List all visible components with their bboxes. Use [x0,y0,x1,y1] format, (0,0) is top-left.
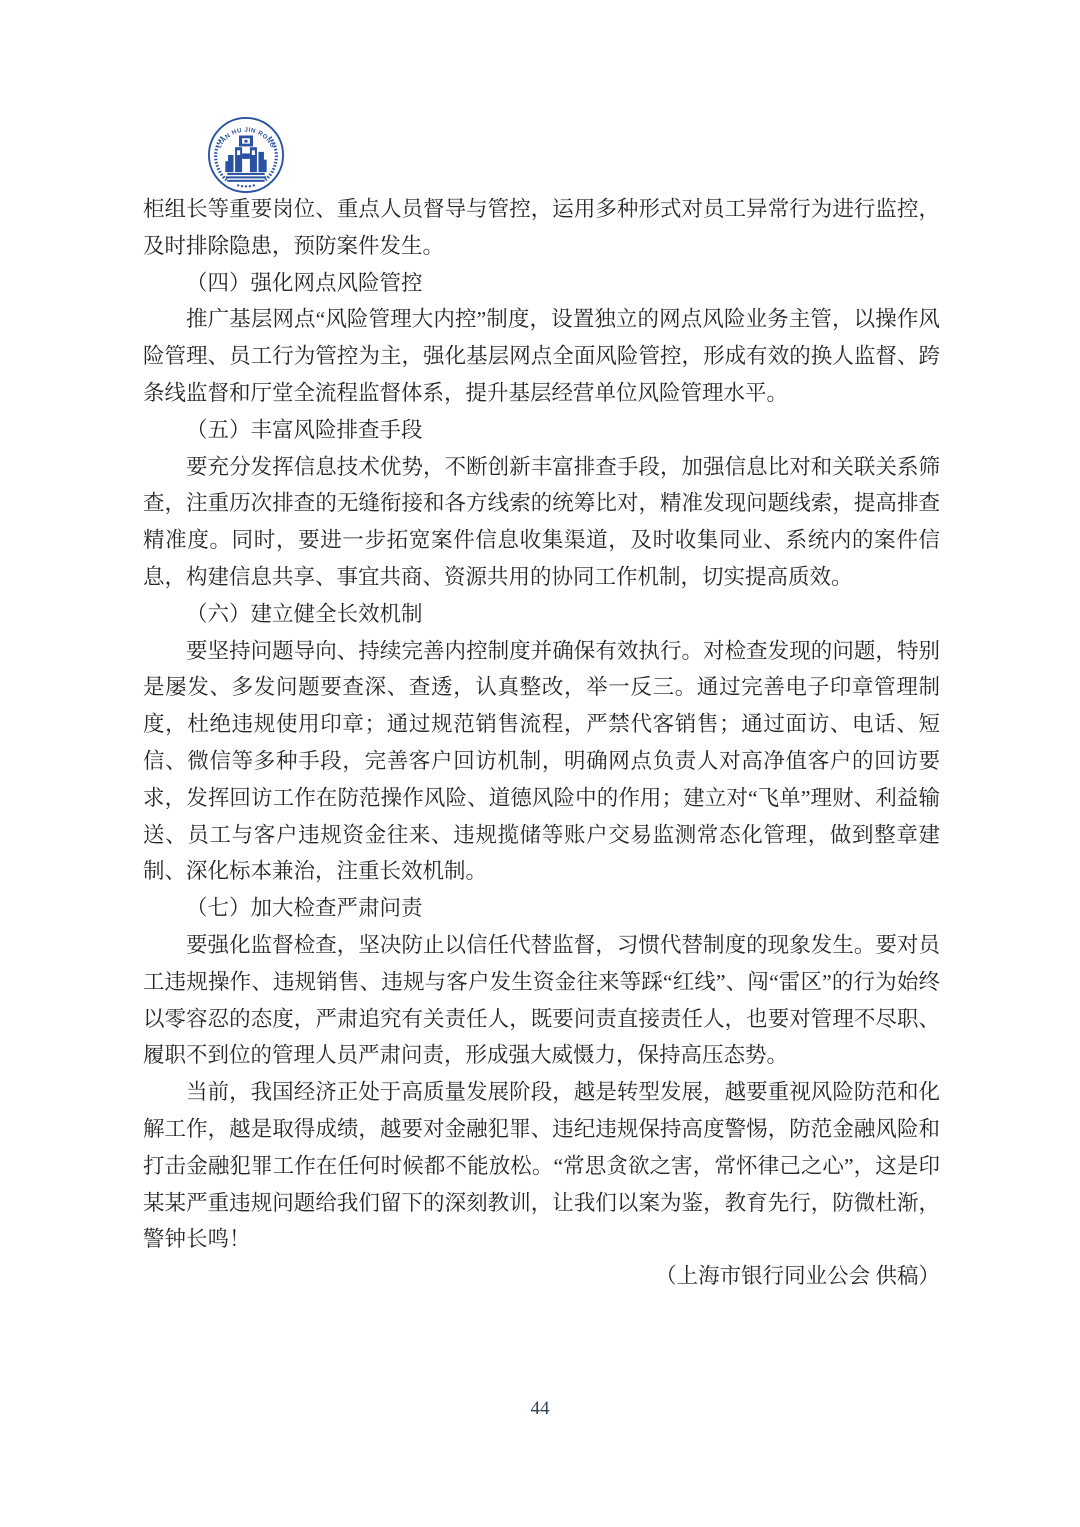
page-number: 44 [0,1398,1080,1420]
section-heading-4: （四）强化网点风险管控 [143,265,940,302]
document-page: LIAN HU JIN RONG [0,0,1080,1527]
document-body: 柜组长等重要岗位、重点人员督导与管控，运用多种形式对员工异常行为进行监控，及时排… [143,191,940,1295]
seal-building-emblem [225,136,266,188]
paragraph: 要坚持问题导向、持续完善内控制度并确保有效执行。对检查发现的问题，特别是屡发、多… [143,633,940,891]
section-heading-7: （七）加大检查严肃问责 [143,890,940,927]
paragraph: 推广基层网点“风险管理大内控”制度，设置独立的网点风险业务主管，以操作风险管理、… [143,301,940,411]
paragraph: 要强化监督检查，坚决防止以信任代替监督，习惯代替制度的现象发生。要对员工违规操作… [143,927,940,1074]
section-heading-6: （六）建立健全长效机制 [143,596,940,633]
paragraph: 当前，我国经济正处于高质量发展阶段，越是转型发展，越要重视风险防范和化解工作，越… [143,1074,940,1258]
attribution-line: （上海市银行同业公会 供稿） [143,1258,940,1295]
seal-logo-graphic: LIAN HU JIN RONG [207,116,285,194]
paragraph: 要充分发挥信息技术优势，不断创新丰富排查手段，加强信息比对和关联关系筛查，注重历… [143,449,940,596]
organization-seal-logo: LIAN HU JIN RONG [207,116,285,194]
section-heading-5: （五）丰富风险排查手段 [143,412,940,449]
paragraph-continuation: 柜组长等重要岗位、重点人员督导与管控，运用多种形式对员工异常行为进行监控，及时排… [143,191,940,265]
